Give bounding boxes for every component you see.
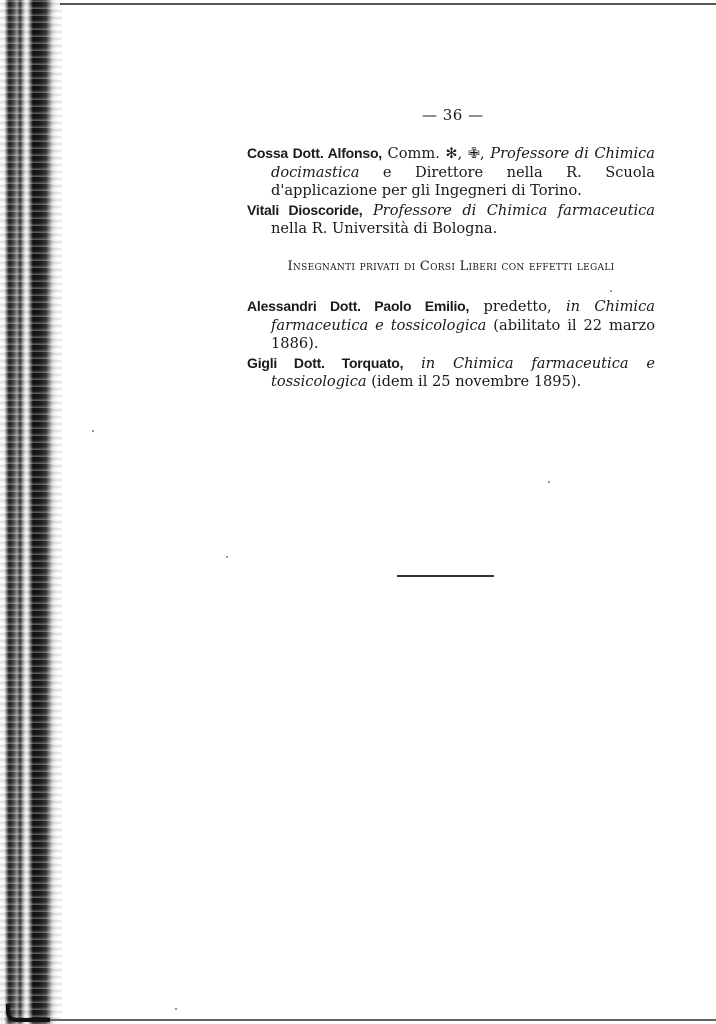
page-corner-curl [6, 1004, 50, 1022]
print-speck [92, 430, 94, 432]
entry-gigli: Gigli Dott. Torquato, in Chimica farmace… [247, 354, 655, 392]
print-speck [548, 481, 550, 483]
entry-prefix [363, 202, 373, 219]
page-top-edge [60, 3, 716, 5]
entry-name: Cossa Dott. Alfonso, [247, 145, 382, 161]
entry-details: (idem il 25 novembre 1895). [367, 373, 582, 390]
print-speck [175, 1008, 177, 1010]
entry-prefix [403, 355, 421, 372]
page-number: — 36 — [0, 106, 716, 124]
binding-texture [0, 0, 62, 1024]
entry-prefix: predetto, [469, 298, 566, 315]
entry-details: nella R. Università di Bologna. [271, 220, 497, 237]
print-speck [226, 556, 228, 558]
section-divider-rule [397, 575, 494, 577]
page-bottom-edge [40, 1019, 716, 1021]
entry-vitali: Vitali Dioscoride, Professore di Chimica… [247, 201, 655, 239]
entry-prefix: Comm. [382, 145, 445, 162]
print-speck [610, 290, 612, 292]
entry-name: Alessandri Dott. Paolo Emilio, [247, 298, 469, 314]
honors-symbols: ✻, ✙, [445, 145, 484, 162]
section-header: Insegnanti privati di Corsi Liberi con e… [247, 258, 655, 277]
entry-cossa: Cossa Dott. Alfonso, Comm. ✻, ✙, Profess… [247, 144, 655, 201]
entry-title: Professore di Chimica farmaceutica [373, 202, 655, 219]
page-body: Cossa Dott. Alfonso, Comm. ✻, ✙, Profess… [247, 144, 655, 392]
entry-name: Gigli Dott. Torquato, [247, 355, 403, 371]
entry-alessandri: Alessandri Dott. Paolo Emilio, predetto,… [247, 297, 655, 354]
entry-name: Vitali Dioscoride, [247, 202, 363, 218]
